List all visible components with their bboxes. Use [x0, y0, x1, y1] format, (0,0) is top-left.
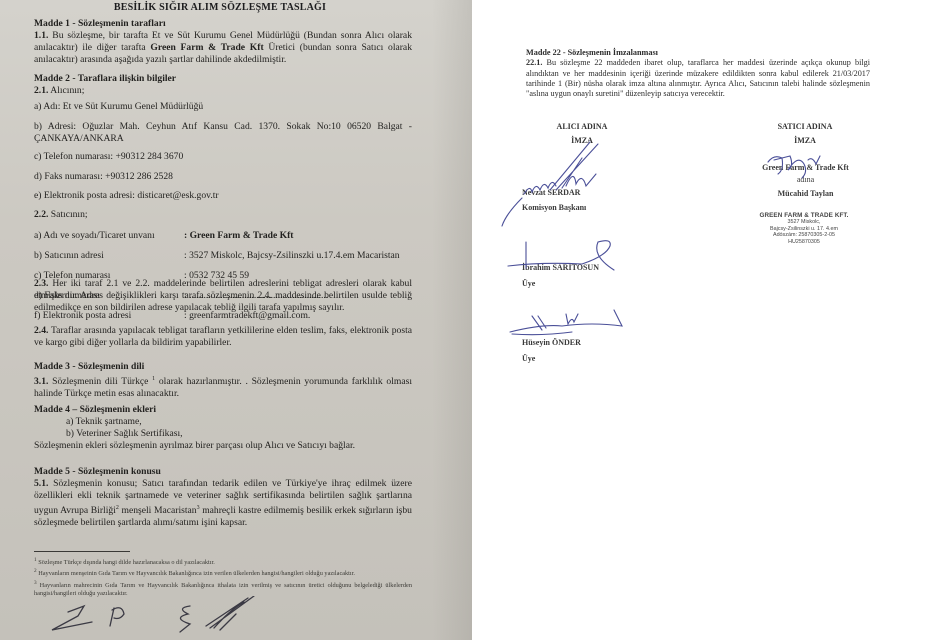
seller-on-behalf: adına: [748, 175, 863, 184]
signer-name: İbrahim SARITOSUN: [522, 263, 599, 272]
seller-row-address: b) Satıcının adresi: 3527 Miskolc, Bajcs…: [34, 250, 400, 262]
article-2-heading: Madde 2 - Taraflara ilişkin bilgiler: [34, 73, 412, 85]
article-4-heading: Madde 4 – Sözleşmenin ekleri: [34, 404, 412, 416]
article-5: Madde 5 - Sözleşmenin konusu 5.1. Sözleş…: [34, 466, 412, 529]
article-22: Madde 22 - Sözleşmenin İmzalanması 22.1.…: [526, 48, 870, 99]
annex-item: a) Teknik şartname,: [66, 416, 412, 428]
seller-company: Green Farm & Trade Kft: [748, 163, 863, 172]
signer-role: Üye: [522, 354, 535, 363]
article-5-heading: Madde 5 - Sözleşmenin konusu: [34, 466, 412, 478]
buyer-name: a) Adı: Et ve Süt Kurumu Genel Müdürlüğü: [34, 101, 412, 113]
signer-name: Hüseyin ÖNDER: [522, 338, 581, 347]
handwritten-signature-saritosun: [502, 236, 622, 286]
contract-page-left: BESİLİK SIĞIR ALIM SÖZLEŞME TASLAĞI Madd…: [0, 0, 472, 640]
article-22-heading: Madde 22 - Sözleşmenin İmzalanması: [526, 48, 870, 58]
article-2-4-text: 2.4. Taraflar arasında yapılacak tebliga…: [34, 325, 412, 349]
annex-item: b) Veteriner Sağlık Sertifikası,: [66, 428, 412, 440]
document-title: BESİLİK SIĞIR ALIM SÖZLEŞME TASLAĞI: [0, 2, 440, 13]
article-2-3-text: 2.3. Her iki taraf 2.1 ve 2.2. maddeleri…: [34, 278, 412, 314]
article-2: Madde 2 - Taraflara ilişkin bilgiler 2.1…: [34, 73, 412, 97]
buyer-email: e) Elektronik posta adresi: disticaret@e…: [34, 190, 412, 202]
article-1-heading: Madde 1 - Sözleşmenin tarafları: [34, 18, 412, 30]
signer-role: Üye: [522, 279, 535, 288]
contract-page-right: Madde 22 - Sözleşmenin İmzalanması 22.1.…: [472, 0, 925, 640]
seller-row-name: a) Adı ve soyadı/Ticaret unvanı: Green F…: [34, 230, 294, 242]
footnote-item: 1 Sözleşme Türkçe dışında hangi dilde ha…: [34, 556, 412, 567]
footnote-item: 2 Hayvanların menşeinin Gıda Tarım ve Ha…: [34, 567, 412, 578]
article-3: Madde 3 - Sözleşmenin dili 3.1. Sözleşme…: [34, 361, 412, 400]
seller-signature-title: SATICI ADINA: [760, 122, 850, 131]
article-1: Madde 1 - Sözleşmenin tarafları 1.1. Bu …: [34, 18, 412, 66]
seller-section-label: 2.2. Satıcının;: [34, 209, 412, 221]
article-1-paragraph: 1.1. Bu sözleşme, bir tarafta Et ve Süt …: [34, 30, 412, 66]
footnotes: 1 Sözleşme Türkçe dışında hangi dilde ha…: [34, 556, 412, 598]
signer-name: Nevzat SERDAR: [522, 188, 580, 197]
buyer-phone: c) Telefon numarası: +90312 284 3670: [34, 151, 412, 163]
seller-imza-label: İMZA: [760, 136, 850, 145]
signer-role: Komisyon Başkanı: [522, 203, 586, 212]
seller-signer-name: Mücahid Taylan: [748, 189, 863, 198]
annex-closing: Sözleşmenin ekleri sözleşmenin ayrılmaz …: [34, 440, 412, 452]
page-initials-signature: [40, 596, 270, 640]
buyer-signature-title: ALICI ADINA: [536, 122, 628, 131]
article-3-heading: Madde 3 - Sözleşmenin dili: [34, 361, 412, 373]
seller-company-name: Green Farm & Trade Kft: [150, 42, 263, 53]
article-4: Madde 4 – Sözleşmenin ekleri a) Teknik ş…: [34, 404, 412, 452]
seller-signature-block: SATICI ADINA İMZA: [760, 122, 850, 145]
buyer-address: b) Adresi: Oğuzlar Mah. Ceyhun Atıf Kans…: [34, 121, 412, 145]
buyer-signature-block: ALICI ADINA İMZA: [536, 122, 628, 145]
handwritten-signature-onder: [502, 306, 632, 340]
buyer-fax: d) Faks numarası: +90312 286 2528: [34, 171, 412, 183]
buyer-imza-label: İMZA: [536, 136, 628, 145]
footnote-divider: [34, 551, 130, 552]
company-stamp: GREEN FARM & TRADE KFT. 3527 Miskolc, Ba…: [754, 212, 854, 245]
footnote-item: 3 Hayvanların mahrecinin Gıda Tarım ve H…: [34, 579, 412, 599]
annex-list: a) Teknik şartname, b) Veteriner Sağlık …: [34, 416, 412, 440]
